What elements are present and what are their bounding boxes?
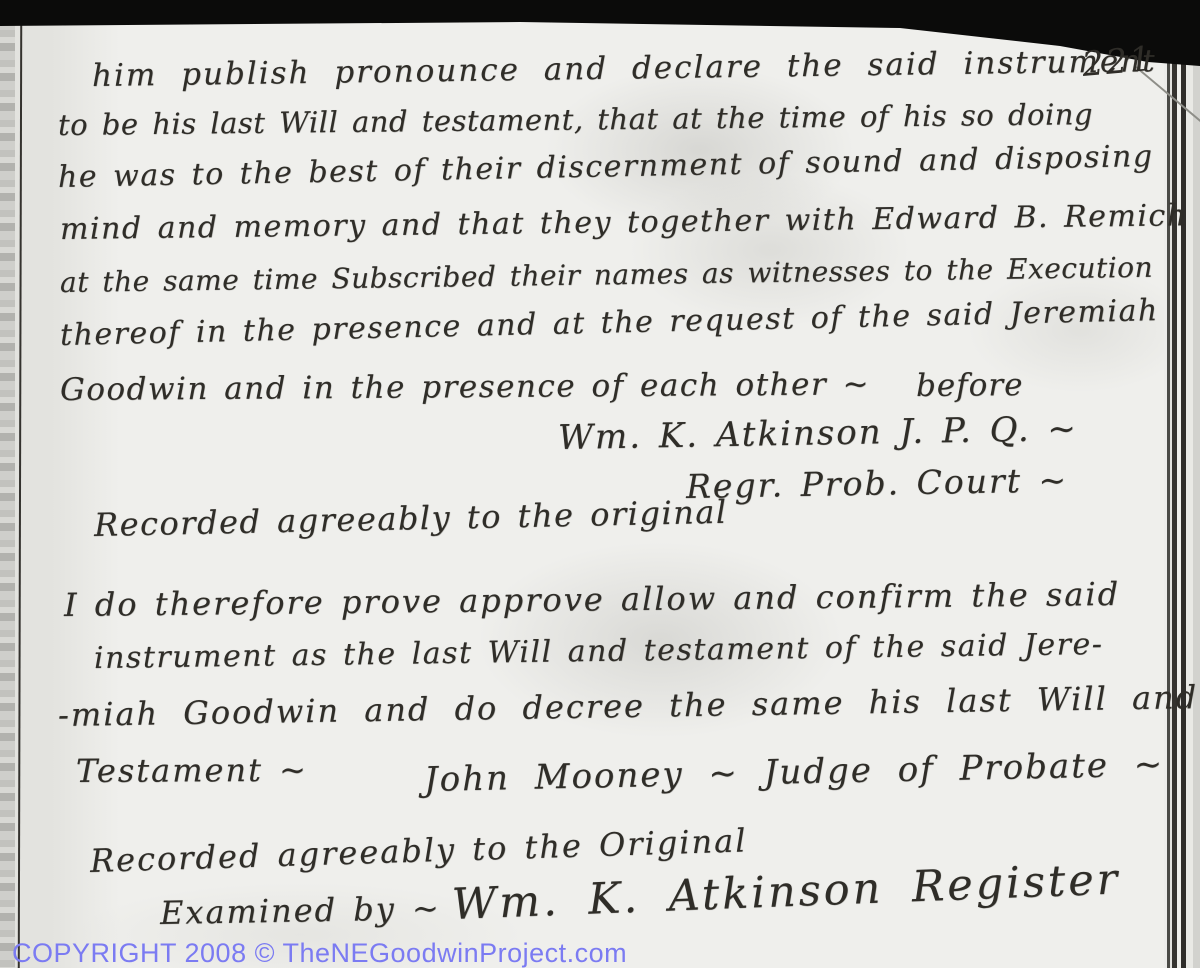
attestation-line: Goodwin and in the presence of each othe… xyxy=(60,366,870,408)
margin-rule-line xyxy=(18,24,22,968)
decree-line: -miah Goodwin and do decree the same his… xyxy=(58,678,1199,734)
attestation-line: at the same time Subscribed their names … xyxy=(60,251,1154,299)
examined-by-note: Examined by ~ xyxy=(160,889,441,932)
signature-wm-k-atkinson-register: Wm. K. Atkinson Register xyxy=(451,854,1121,930)
attestation-line: thereof in the presence and at the reque… xyxy=(60,293,1159,353)
title-register-probate-court: Regr. Prob. Court ~ xyxy=(686,460,1069,506)
scanned-manuscript-page: 221 him publish pronounce and declare th… xyxy=(0,0,1200,968)
copyright-watermark: COPYRIGHT 2008 © TheNEGoodwinProject.com xyxy=(12,938,627,968)
recorded-note: Recorded agreeably to the original xyxy=(94,493,728,544)
signature-john-mooney-judge: John Mooney ~ Judge of Probate ~ xyxy=(424,744,1165,799)
attestation-line: he was to the best of their discernment … xyxy=(58,139,1154,195)
recorded-note-2: Recorded agreeably to the Original xyxy=(89,821,748,880)
binding-gutter xyxy=(0,0,15,968)
word-before: before xyxy=(916,367,1024,404)
attestation-line: him publish pronounce and declare the sa… xyxy=(92,43,1157,94)
decree-line: Testament ~ xyxy=(76,751,308,790)
decree-line: instrument as the last Will and testamen… xyxy=(94,627,1104,676)
attestation-line: to be his last Will and testament, that … xyxy=(58,97,1093,142)
signature-wm-k-atkinson-jpq: Wm. K. Atkinson J. P. Q. ~ xyxy=(558,409,1079,458)
attestation-line: mind and memory and that they together w… xyxy=(60,198,1188,247)
decree-line: I do therefore prove approve allow and c… xyxy=(64,575,1120,624)
